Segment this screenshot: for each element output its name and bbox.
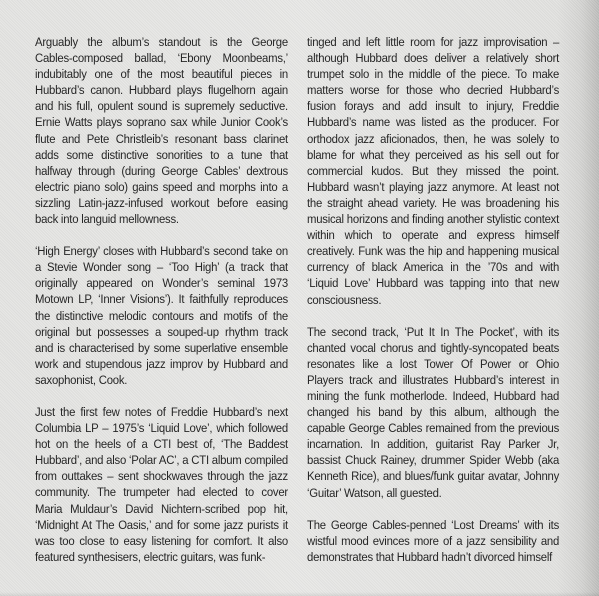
left-text-column: Arguably the album’s standout is the Geo… [35,34,288,581]
paragraph-ebony-moonbeams: Arguably the album’s standout is the Geo… [35,34,288,227]
paragraph-liquid-love: Just the first few notes of Freddie Hubb… [35,404,288,565]
right-text-column: tinged and left little room for jazz imp… [307,34,559,581]
liner-notes-page: Arguably the album’s standout is the Geo… [0,0,599,596]
paragraph-put-it-in-the-pocket: The second track, ‘Put It In The Pocket’… [307,324,559,501]
page-bottom-edge [0,592,599,596]
paragraph-lost-dreams: The George Cables-penned ‘Lost Dreams’ w… [307,517,559,565]
paragraph-funk-context: tinged and left little room for jazz imp… [307,34,559,308]
paragraph-too-high: ‘High Energy’ closes with Hubbard’s seco… [35,243,288,388]
